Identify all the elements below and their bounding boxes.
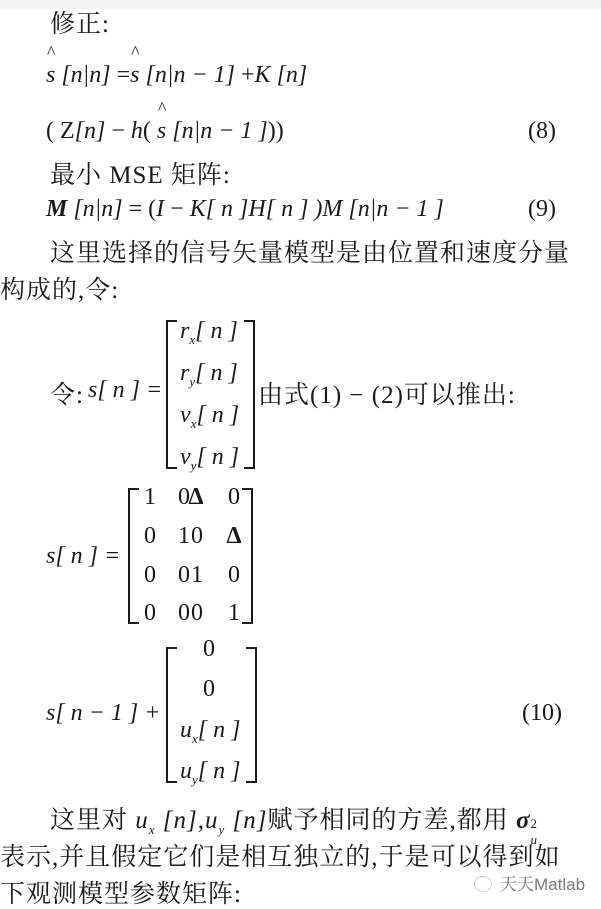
arg: [n|n − 1 ] [172,118,267,144]
paragraph-variance-line-1: 这里对 ux [n],uy [n]赋予相同的方差,都用 σ2u [50,800,541,838]
matrix-cell: 0 [224,484,244,511]
matrix-cell: 1 [224,600,244,627]
matrix-cell: Δ [224,523,244,550]
paragraph-model-line-2: 构成的,令: [0,270,119,306]
hat-accent: ^ [158,98,166,119]
matrix-cell: 0 [187,523,207,550]
vector-entry: vy[ n ] [180,444,239,474]
matrix-cell: 1 [187,562,207,589]
paren: )) [268,118,284,144]
watermark: 天天Matlab [474,870,585,895]
wechat-icon [474,876,492,892]
symbol-s-hat: s [130,62,139,88]
noise-entry: 0 [203,676,215,703]
matrix-cell: Δ [186,484,206,511]
equation-number-9: (9) [528,196,556,223]
vector-entry: rx[ n ] [180,318,238,348]
noise-entry: uy[ n ] [180,758,240,788]
right-bracket [244,320,255,469]
symbol-h: h [131,118,143,144]
noise-entry: ux[ n ] [180,717,240,747]
state-vector-lhs: s[ n ] = [88,377,162,404]
hat-accent: ^ [47,42,55,63]
symbol-Z: Z [60,118,75,144]
watermark-text: 天天Matlab [500,875,585,894]
equation-number-8: (8) [528,118,556,145]
state-vector-prefix: 令: [50,375,84,411]
arg: [n|n − 1 ] [348,196,443,222]
arg: [n|n] [73,196,122,222]
noise-entry: 0 [203,636,215,663]
gain-K: K [255,62,271,88]
left-bracket [166,320,177,469]
symbol-H: H [248,196,265,222]
matrix-cell: 0 [140,600,160,627]
eq10-lhs: s[ n ] = [46,543,120,570]
symbol-M: M [322,196,342,222]
equation-8-line-1: ^s [n|n] =^s [n|n − 1] +K [n] [46,62,307,89]
arg: [n|n] [61,62,110,88]
vector-entry: ry[ n ] [180,360,238,390]
equals-paren: = ( [129,196,157,222]
left-bracket [128,488,139,624]
state-vector-suffix: 由式(1) − (2)可以推出: [258,375,516,411]
equation-8-line-2: ( Z[n] − h( ^s [n|n − 1 ])) [46,118,284,145]
left-bracket [166,647,177,783]
sigma-symbol: σ [516,807,530,834]
paragraph-variance-line-3: 下观测模型参数矩阵: [0,874,242,909]
vector-entry: vx[ n ] [180,402,239,432]
arg: [n] [277,62,308,88]
matrix-cell: 0 [140,562,160,589]
paragraph-model-line-1: 这里选择的信号矢量模型是由位置和速度分量 [50,233,570,269]
minus: − [164,196,190,222]
matrix-cell: 1 [140,484,160,511]
minus: − [105,118,131,144]
arg: [n] [75,118,106,144]
arg: [n|n − 1] [146,62,235,88]
arg: [ n ] [206,196,249,222]
symbol-s-hat: s [157,118,166,144]
mse-heading: 最小 MSE 矩阵: [50,155,231,191]
matrix-cell: 0 [187,600,207,627]
symbol-s-hat: s [46,62,55,88]
symbol-M: M [46,196,67,222]
eq10-prev-state: s[ n − 1 ] + [46,700,160,727]
paragraph-variance-line-2: 表示,并且假定它们是相互独立的,于是可以得到如 [0,837,561,873]
hat-accent: ^ [131,42,139,63]
equation-9: M [n|n] = (I − K[ n ]H[ n ] )M [n|n − 1 … [46,196,444,223]
equals: = [117,62,131,88]
arg: [ n ] ) [266,196,323,222]
matrix-cell: 0 [224,562,244,589]
equation-number-10: (10) [522,700,562,727]
matrix-cell: 0 [140,523,160,550]
symbol-I: I [156,196,164,222]
paren: ( [143,118,151,144]
right-bracket [246,647,257,783]
correction-heading: 修正: [50,4,110,40]
paren: ( [46,118,54,144]
plus: + [241,62,255,88]
symbol-K: K [190,196,206,222]
